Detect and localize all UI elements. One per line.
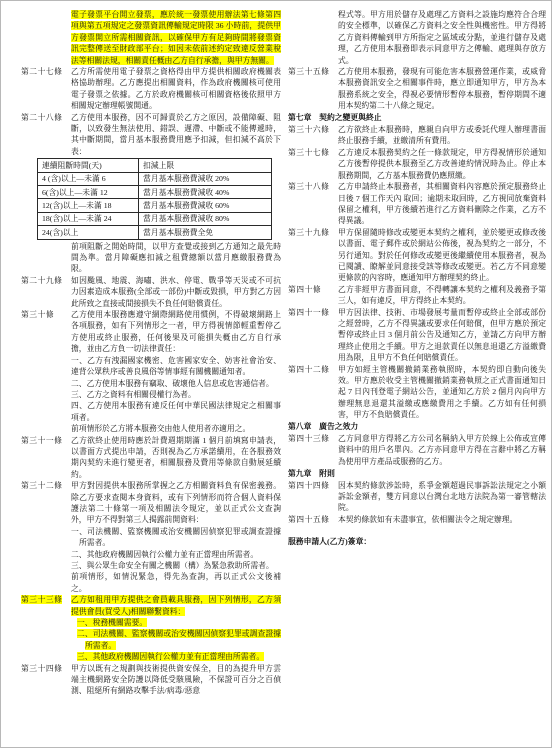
article-38: 第三十八條 乙方申請終止本服務者，其相關資料內容應於預定服務終止日後 7 個工作… [288,181,546,227]
article-33-body: 乙方如租用甲方提供之會員載具服務，因下列情形，乙方須提供會員(買受人)相關聯繫資… [71,594,281,662]
table-cell: 當月基本服務費減收 20% [139,172,272,185]
table-header-row: 連續阻斷時間(天) 扣減上限 [38,159,272,172]
right-column: 程式等。甲方用於儲存及處理乙方資料之設施均應符合合理的安全標準，以確保乙方資料之… [288,9,546,747]
article-41-body: 甲方因法律、技術、市場發展考量而暫停或終止全部或部份之經營時，乙方不得異議或要求… [338,307,546,364]
chapter-7-heading: 第七章 契約之變更與終止 [288,112,546,123]
article-44-body: 因本契約條款涉訟時，系爭金額超過民事訴訟法規定之小額訴訟金額者，雙方同意以台灣台… [338,480,546,514]
article-33-item-1: 一、稅務機關需要。 [71,617,281,628]
article-42: 第四十二條 甲方如經主管機關撤銷業務執照時，本契約即自動向後失效。甲方應於收受主… [288,364,546,421]
article-44-number: 第四十四條 [288,480,338,514]
highlighted-intro-paragraph: 電子發票平台開立發票，應於統一發票使用辦法第七條第四項與第五項規定之發票資訊傳輸… [71,9,281,66]
article-44: 第四十四條 因本契約條款涉訟時，系爭金額超過民事訴訟法規定之小額訴訟金額者，雙方… [288,480,546,514]
article-28-body: 乙方使用本服務，因不可歸責於乙方之原因，設備障礙、阻斷，以致發生無法使用、錯誤、… [71,112,281,158]
table-cell: 24(含)以上 [38,226,139,239]
article-37: 第三十七條 乙方違反本服務契約之任一條款規定，甲方得視情形於通知乙方後暫停提供本… [288,147,546,181]
article-32: 第三十二條 甲方對因提供本服務所掌握之乙方相關資料負有保密義務。除乙方要求查閱本… [21,480,281,594]
article-28-number: 第二十八條 [21,112,71,158]
article-35-number: 第三十五條 [288,66,338,112]
article-34-number: 第三十四條 [21,663,71,697]
article-34: 第三十四條 甲方以既有之規劃與技術提供資安保全，目的為提升甲方雲端主機網路安全防… [21,663,281,697]
highlighted-text: 電子發票平台開立發票，應於統一發票使用辦法第七條第四項與第五項規定之發票資訊傳輸… [71,10,281,65]
table-header-duration: 連續阻斷時間(天) [38,159,139,172]
article-27-number: 第二十七條 [21,66,71,112]
article-29-body: 如因颱風、地震、海嘯、洪水、停電、戰爭等天災或不可抗力因素造成本服務(全部或一部… [71,275,281,309]
article-43-body: 乙方同意甲方得將乙方公司名稱納入甲方於線上公佈或宣傳資料中的用戶名單內。乙方亦同… [338,433,546,467]
article-43-number: 第四十三條 [288,433,338,467]
article-30-note: 前項情形於乙方將本服務交由他人使用者亦適用之。 [71,423,281,434]
article-30-item-4: 四、乙方使用本服務有違反任何中華民國法律規定之相關事項者。 [71,400,281,423]
article-32-text: 甲方對因提供本服務所掌握之乙方相關資料負有保密義務。除乙方要求查閱本身資料，或有… [71,480,281,526]
article-35-body: 乙方使用本服務，發現有可能危害本服務營運作業，或威脅本服務資訊安全之相關事件時，… [338,66,546,112]
article-31: 第三十一條 乙方欲終止使用時應於計費週期期滿 1 個月前填寫申請表，以書面方式提… [21,435,281,481]
table-cell: 當月基本服務費全免 [139,226,272,239]
highlighted-text: 二、司法機關、監察機關或治安機關因偵察犯罪或調查證據所需者。 [77,629,281,649]
article-45-body: 本契約條款如有未盡事宜，依相關法令之規定辦理。 [338,514,546,525]
article-45: 第四十五條 本契約條款如有未盡事宜，依相關法令之規定辦理。 [288,514,546,525]
article-30-number: 第三十條 [21,309,71,434]
article-41: 第四十一條 甲方因法律、技術、市場發展考量而暫停或終止全部或部份之經營時，乙方不… [288,307,546,364]
article-37-number: 第三十七條 [288,147,338,181]
article-26-continuation: 電子發票平台開立發票，應於統一發票使用辦法第七條第四項與第五項規定之發票資訊傳輸… [21,9,281,66]
article-37-body: 乙方違反本服務契約之任一條款規定，甲方得視情形於通知乙方後暫停提供本服務至乙方改… [338,147,546,181]
article-30: 第三十條 乙方使用本服務應遵守網際網路使用慣例，不得破壞網路上各項服務，如有下列… [21,309,281,434]
article-40-number: 第四十條 [288,284,338,307]
table-row: 4 (含)以上—未滿 6 當月基本服務費減收 20% [38,172,272,185]
article-32-item-2: 二、其他政府機關因執行公權力並有正當理由所需者。 [71,549,281,560]
article-33-text: 乙方如租用甲方提供之會員載具服務，因下列情形，乙方須提供會員(買受人)相關聯繫資… [71,594,281,617]
table-row: 12(含)以上—未滿 18 當月基本服務費減收 60% [38,199,272,212]
article-28-note-text: 前項阻斷之開始時間，以甲方查覺或接到乙方通知之最先時間為準。當月障礙應扣減之租費… [71,241,281,275]
applicant-signature-line: 服務申請人(乙方)簽章： [288,536,546,547]
table-row: 24(含)以上 當月基本服務費全免 [38,226,272,239]
article-32-number: 第三十二條 [21,480,71,594]
table-cell: 當月基本服務費減收 40% [139,186,272,199]
article-41-number: 第四十一條 [288,307,338,364]
highlighted-text: 一、稅務機關需要。 [77,618,147,627]
article-30-body: 乙方使用本服務應遵守網際網路使用慣例，不得破壞網路上各項服務，如有下列情形之一者… [71,309,281,434]
article-34-continuation: 程式等。甲方用於儲存及處理乙方資料之設施均應符合合理的安全標準，以確保乙方資料之… [288,9,546,66]
article-33-item-3: 三、其他政府機關因執行公權力並有正當理由所需者。 [71,651,281,662]
article-number-spacer [21,9,71,66]
chapter-8-heading: 第八章 廣告之效力 [288,421,546,432]
table-cell: 6(含)以上—未滿 12 [38,186,139,199]
article-29-number: 第二十九條 [21,275,71,309]
article-34-continuation-text: 程式等。甲方用於儲存及處理乙方資料之設施均應符合合理的安全標準，以確保乙方資料之… [338,9,546,66]
article-29: 第二十九條 如因颱風、地震、海嘯、洪水、停電、戰爭等天災或不可抗力因素造成本服務… [21,275,281,309]
table-header-cap: 扣減上限 [139,159,272,172]
article-number-spacer [288,9,338,66]
article-30-item-1: 一、乙方有洩漏國家機密、危害國家安全、妨害社會治安、違背公眾秩序或善良風俗等情事… [71,355,281,378]
article-32-item-3: 三、與公眾生命安全有關之機關（構）為緊急救助所需者。 [71,560,281,571]
article-40-body: 乙方非經甲方書面同意，不得轉讓本契約之權利及義務予第三人，如有違反，甲方得終止本… [338,284,546,307]
table-row: 18(含)以上—未滿 24 當月基本服務費減收 80% [38,212,272,225]
article-27-body: 乙方所需使用電子發票之資格得由甲方提供相關政府機關表格協助辦理。乙方應提出相關資… [71,66,281,112]
article-36-body: 乙方欲終止本服務時，應親自向甲方或委託代理人辦理書面終止服務手續，並繳清所有費用… [338,124,546,147]
article-30-item-3: 三、乙方之資料有相關侵權行為者。 [71,389,281,400]
table-cell: 4 (含)以上—未滿 6 [38,172,139,185]
article-number-spacer [21,241,71,275]
article-32-body: 甲方對因提供本服務所掌握之乙方相關資料負有保密義務。除乙方要求查閱本身資料，或有… [71,480,281,594]
article-34-body: 甲方以既有之規劃與技術提供資安保全，目的為提升甲方雲端主機網路安全防護以降低受駭… [71,663,281,697]
table-cell: 當月基本服務費減收 80% [139,212,272,225]
article-36: 第三十六條 乙方欲終止本服務時，應親自向甲方或委託代理人辦理書面終止服務手續，並… [288,124,546,147]
article-39-body: 甲方保留隨時修改或變更本契約之權利，並於變更或修改後以書面、電子郵件或於網站公佈… [338,227,546,284]
article-30-text: 乙方使用本服務應遵守網際網路使用慣例，不得破壞網路上各項服務，如有下列情形之一者… [71,309,281,355]
chapter-9-heading: 第九章 附則 [288,468,546,479]
article-32-item-1: 一、司法機關、監察機關或治安機關因偵察犯罪或調查證據所需者。 [71,526,281,549]
article-32-note: 前項情形，如情況緊急，得先為查詢，再以正式公文後補之。 [71,571,281,594]
table-cell: 當月基本服務費減收 60% [139,199,272,212]
article-33-highlighted: 第三十三條 乙方如租用甲方提供之會員載具服務，因下列情形，乙方須提供會員(買受人… [21,594,281,662]
article-31-body: 乙方欲終止使用時應於計費週期期滿 1 個月前填寫申請表，以書面方式提出申請，否則… [71,435,281,481]
table-cell: 12(含)以上—未滿 18 [38,199,139,212]
article-45-number: 第四十五條 [288,514,338,525]
article-27: 第二十七條 乙方所需使用電子發票之資格得由甲方提供相關政府機關表格協助辦理。乙方… [21,66,281,112]
highlighted-text: 乙方如租用甲方提供之會員載具服務，因下列情形，乙方須提供會員(買受人)相關聯繫資… [71,595,281,615]
article-39-number: 第三十九條 [288,227,338,284]
article-43: 第四十三條 乙方同意甲方得將乙方公司名稱納入甲方於線上公佈或宣傳資料中的用戶名單… [288,433,546,467]
article-40: 第四十條 乙方非經甲方書面同意，不得轉讓本契約之權利及義務予第三人，如有違反，甲… [288,284,546,307]
highlighted-text: 三、其他政府機關因執行公權力並有正當理由所需者。 [77,652,264,661]
article-38-body: 乙方申請終止本服務者，其相關資料內容應於預定服務終止日後 7 個工作天內 取回；… [338,181,546,227]
article-36-number: 第三十六條 [288,124,338,147]
contract-document-page: 電子發票平台開立發票，應於統一發票使用辦法第七條第四項與第五項規定之發票資訊傳輸… [0,0,552,748]
article-42-number: 第四十二條 [288,364,338,421]
article-42-body: 甲方如經主管機關撤銷業務執照時，本契約即自動向後失效。甲方應於收受主管機關撤銷業… [338,364,546,421]
table-row: 6(含)以上—未滿 12 當月基本服務費減收 40% [38,186,272,199]
article-31-number: 第三十一條 [21,435,71,481]
left-column: 電子發票平台開立發票，應於統一發票使用辦法第七條第四項與第五項規定之發票資訊傳輸… [21,9,281,747]
article-28-note: 前項阻斷之開始時間，以甲方查覺或接到乙方通知之最先時間為準。當月障礙應扣減之租費… [21,241,281,275]
article-33-number: 第三十三條 [21,594,71,662]
outage-reduction-table: 連續阻斷時間(天) 扣減上限 4 (含)以上—未滿 6 當月基本服務費減收 20… [37,158,272,239]
article-35: 第三十五條 乙方使用本服務，發現有可能危害本服務營運作業，或威脅本服務資訊安全之… [288,66,546,112]
highlighted-text: 第三十三條 [21,595,62,604]
table-cell: 18(含)以上—未滿 24 [38,212,139,225]
article-28: 第二十八條 乙方使用本服務，因不可歸責於乙方之原因，設備障礙、阻斷，以致發生無法… [21,112,281,158]
article-30-item-2: 二、乙方使用本服務有竊取、破壞他人信息或危害通信者。 [71,378,281,389]
article-38-number: 第三十八條 [288,181,338,227]
article-39: 第三十九條 甲方保留隨時修改或變更本契約之權利，並於變更或修改後以書面、電子郵件… [288,227,546,284]
article-33-item-2: 二、司法機關、監察機關或治安機關因偵察犯罪或調查證據所需者。 [71,628,281,651]
